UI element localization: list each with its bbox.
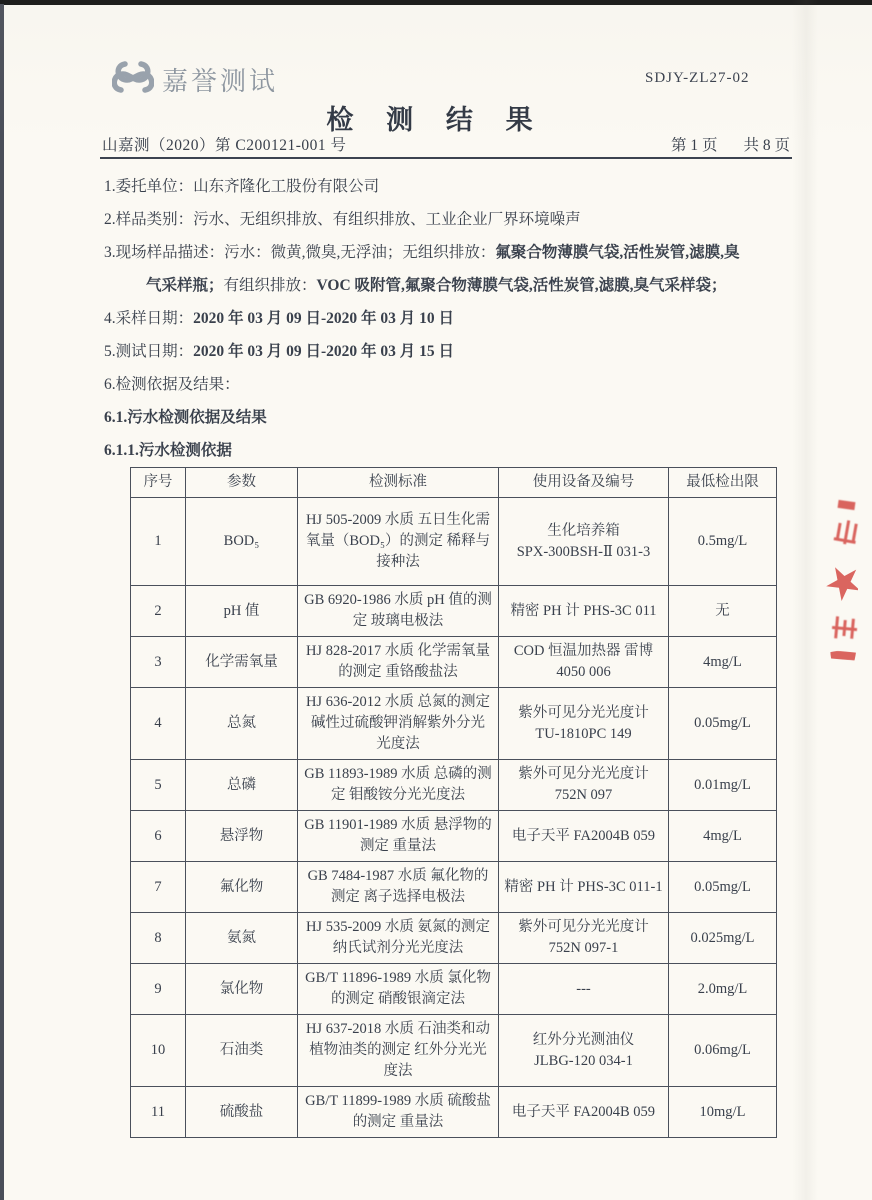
table-row: 5总磷GB 11893-1989 水质 总磷的测定 钼酸铵分光光度法紫外可见分光… [131, 760, 777, 811]
report-item-text: 6.1.1.污水检测依据 [104, 442, 232, 459]
detection-basis-table-wrap: 序号参数检测标准使用设备及编号最低检出限 1BOD₅HJ 505-2009 水质… [130, 467, 776, 1138]
table-row: 10石油类HJ 637-2018 水质 石油类和动植物油类的测定 红外分光光度法… [131, 1015, 777, 1087]
report-item-text: 氟聚合物薄膜气袋,活性炭管,滤膜,臭 [495, 244, 739, 261]
table-row: 9氯化物GB/T 11896-1989 水质 氯化物的测定 硝酸银滴定法---2… [131, 964, 777, 1015]
stamp-star-clip [824, 563, 858, 605]
company-brand: 嘉誉测试 [112, 58, 278, 100]
report-item-text: 3.现场样品描述：污水：微黄,微臭,无浮油；无组织排放： [104, 244, 495, 261]
table-cell-equipment: 电子天平 FA2004B 059 [499, 1087, 669, 1138]
table-cell-param: 总磷 [186, 760, 298, 811]
table-cell-param: 硫酸盐 [186, 1087, 298, 1138]
table-cell-no: 10 [131, 1015, 186, 1087]
report-items: 1.委托单位：山东齐隆化工股份有限公司2.样品类别：污水、无组织排放、有组织排放… [104, 170, 794, 467]
table-row: 3化学需氧量HJ 828-2017 水质 化学需氧量的测定 重铬酸盐法COD 恒… [131, 637, 777, 688]
table-cell-equipment: --- [499, 964, 669, 1015]
table-cell-limit: 4mg/L [669, 811, 777, 862]
table-cell-no: 7 [131, 862, 186, 913]
table-header-cell: 参数 [186, 468, 298, 498]
table-cell-limit: 0.025mg/L [669, 913, 777, 964]
stamp-fragment-bar [838, 500, 856, 510]
company-name: 嘉誉测试 [162, 61, 278, 98]
table-cell-limit: 0.06mg/L [669, 1015, 777, 1087]
table-cell-limit: 2.0mg/L [669, 964, 777, 1015]
page-current: 第 1 页 [671, 137, 718, 154]
report-item-line: 3.现场样品描述：污水：微黄,微臭,无浮油；无组织排放：氟聚合物薄膜气袋,活性炭… [104, 236, 794, 269]
table-cell-no: 1 [131, 498, 186, 586]
table-cell-standard: HJ 828-2017 水质 化学需氧量的测定 重铬酸盐法 [298, 637, 499, 688]
report-item-line: 6.1.1.污水检测依据 [104, 434, 794, 467]
detection-basis-table: 序号参数检测标准使用设备及编号最低检出限 1BOD₅HJ 505-2009 水质… [130, 467, 777, 1138]
document-code: SDJY-ZL27-02 [645, 70, 795, 87]
stamp-fragment-bar [830, 650, 856, 660]
table-cell-limit: 0.01mg/L [669, 760, 777, 811]
report-item-text: VOC 吸附管,氟聚合物薄膜气袋,活性炭管,滤膜,臭气采样袋； [317, 277, 727, 294]
table-cell-equipment: 紫外可见分光光度计 TU-1810PC 149 [499, 688, 669, 760]
page-indicator: 第 1 页共 8 页 [645, 133, 790, 155]
table-header-cell: 使用设备及编号 [499, 468, 669, 498]
table-cell-no: 3 [131, 637, 186, 688]
report-number: 山嘉测（2020）第 C200121-001 号 [102, 133, 347, 155]
scan-crease-shadow [792, 0, 818, 1200]
red-seal-stamp [820, 495, 868, 680]
table-cell-equipment: 紫外可见分光光度计 752N 097-1 [499, 913, 669, 964]
table-cell-standard: HJ 535-2009 水质 氨氮的测定 纳氏试剂分光光度法 [298, 913, 499, 964]
table-cell-standard: HJ 637-2018 水质 石油类和动植物油类的测定 红外分光光度法 [298, 1015, 499, 1087]
report-item-line: 2.样品类别：污水、无组织排放、有组织排放、工业企业厂界环境噪声 [104, 203, 794, 236]
table-cell-param: BOD₅ [186, 498, 298, 586]
report-item-text: 6.检测依据及结果： [104, 376, 240, 393]
table-cell-limit: 0.05mg/L [669, 688, 777, 760]
report-item-line: 6.1.污水检测依据及结果 [104, 401, 794, 434]
scan-edge-top [0, 0, 872, 5]
report-item-text: 5.测试日期： [104, 343, 193, 360]
table-cell-param: 氯化物 [186, 964, 298, 1015]
report-item-line: 6.检测依据及结果： [104, 368, 794, 401]
table-cell-param: 化学需氧量 [186, 637, 298, 688]
table-cell-no: 5 [131, 760, 186, 811]
report-item-text: 2.样品类别：污水、无组织排放、有组织排放、工业企业厂界环境噪声 [104, 211, 581, 228]
table-cell-equipment: 精密 PH 计 PHS-3C 011-1 [499, 862, 669, 913]
scan-edge-left [0, 4, 4, 1200]
table-cell-equipment: 生化培养箱 SPX-300BSH-Ⅱ 031-3 [499, 498, 669, 586]
table-cell-standard: GB/T 11896-1989 水质 氯化物的测定 硝酸银滴定法 [298, 964, 499, 1015]
table-cell-param: 总氮 [186, 688, 298, 760]
table-cell-limit: 0.5mg/L [669, 498, 777, 586]
table-cell-equipment: 精密 PH 计 PHS-3C 011 [499, 586, 669, 637]
table-cell-limit: 4mg/L [669, 637, 777, 688]
report-item-text: 气采样瓶； [146, 277, 224, 294]
table-cell-limit: 10mg/L [669, 1087, 777, 1138]
report-item-text: 1.委托单位：山东齐隆化工股份有限公司 [104, 178, 379, 195]
page-total: 共 8 页 [743, 137, 790, 154]
page-title: 检 测 结 果 [0, 98, 872, 137]
report-item-line: 气采样瓶；有组织排放：VOC 吸附管,氟聚合物薄膜气袋,活性炭管,滤膜,臭气采样… [104, 269, 794, 302]
table-cell-param: 氨氮 [186, 913, 298, 964]
table-cell-no: 2 [131, 586, 186, 637]
report-item-line: 4.采样日期：2020 年 03 月 09 日-2020 年 03 月 10 日 [104, 302, 794, 335]
table-cell-param: 氟化物 [186, 862, 298, 913]
table-row: 1BOD₅HJ 505-2009 水质 五日生化需氧量（BOD₅）的测定 稀释与… [131, 498, 777, 586]
report-item-line: 5.测试日期：2020 年 03 月 09 日-2020 年 03 月 15 日 [104, 335, 794, 368]
report-item-text: 有组织排放： [224, 277, 317, 294]
report-item-text: 6.1.污水检测依据及结果 [104, 409, 267, 426]
table-cell-no: 9 [131, 964, 186, 1015]
table-row: 6悬浮物GB 11901-1989 水质 悬浮物的测定 重量法电子天平 FA20… [131, 811, 777, 862]
report-item-text: 2020 年 03 月 09 日-2020 年 03 月 10 日 [193, 310, 454, 327]
table-cell-param: 悬浮物 [186, 811, 298, 862]
table-cell-no: 11 [131, 1087, 186, 1138]
table-header-cell: 最低检出限 [669, 468, 777, 498]
table-row: 11硫酸盐GB/T 11899-1989 水质 硫酸盐的测定 重量法电子天平 F… [131, 1087, 777, 1138]
table-cell-param: pH 值 [186, 586, 298, 637]
stamp-star-icon [824, 563, 858, 605]
scanned-report-page: { "page": { "doc_code": "SDJY-ZL27-02", … [0, 0, 872, 1200]
table-row: 7氟化物GB 7484-1987 水质 氟化物的测定 离子选择电极法精密 PH … [131, 862, 777, 913]
table-cell-no: 4 [131, 688, 186, 760]
table-row: 8氨氮HJ 535-2009 水质 氨氮的测定 纳氏试剂分光光度法紫外可见分光光… [131, 913, 777, 964]
table-header-cell: 检测标准 [298, 468, 499, 498]
table-cell-limit: 0.05mg/L [669, 862, 777, 913]
table-cell-equipment: 红外分光测油仪 JLBG-120 034-1 [499, 1015, 669, 1087]
stamp-fragment-glyph [829, 616, 859, 642]
table-cell-equipment: 紫外可见分光光度计 752N 097 [499, 760, 669, 811]
table-cell-no: 8 [131, 913, 186, 964]
table-cell-standard: GB 7484-1987 水质 氟化物的测定 离子选择电极法 [298, 862, 499, 913]
table-cell-no: 6 [131, 811, 186, 862]
table-cell-standard: HJ 505-2009 水质 五日生化需氧量（BOD₅）的测定 稀释与接种法 [298, 498, 499, 586]
table-cell-standard: GB 11901-1989 水质 悬浮物的测定 重量法 [298, 811, 499, 862]
table-cell-equipment: COD 恒温加热器 雷博 4050 006 [499, 637, 669, 688]
table-header-row: 序号参数检测标准使用设备及编号最低检出限 [131, 468, 777, 498]
table-row: 2pH 值GB 6920-1986 水质 pH 值的测定 玻璃电极法精密 PH … [131, 586, 777, 637]
report-item-line: 1.委托单位：山东齐隆化工股份有限公司 [104, 170, 794, 203]
table-cell-param: 石油类 [186, 1015, 298, 1087]
table-row: 4总氮HJ 636-2012 水质 总氮的测定 碱性过硫酸钾消解紫外分光光度法紫… [131, 688, 777, 760]
table-cell-standard: GB 6920-1986 水质 pH 值的测定 玻璃电极法 [298, 586, 499, 637]
table-cell-standard: GB 11893-1989 水质 总磷的测定 钼酸铵分光光度法 [298, 760, 499, 811]
report-number-line: 山嘉测（2020）第 C200121-001 号 第 1 页共 8 页 [100, 133, 792, 159]
report-item-text: 4.采样日期： [104, 310, 193, 327]
jiayu-logo-icon [112, 58, 154, 100]
table-cell-limit: 无 [669, 586, 777, 637]
table-header-cell: 序号 [131, 468, 186, 498]
report-item-text: 2020 年 03 月 09 日-2020 年 03 月 15 日 [193, 343, 454, 360]
table-cell-standard: GB/T 11899-1989 水质 硫酸盐的测定 重量法 [298, 1087, 499, 1138]
stamp-fragment-glyph [829, 518, 861, 548]
table-cell-standard: HJ 636-2012 水质 总氮的测定 碱性过硫酸钾消解紫外分光光度法 [298, 688, 499, 760]
table-cell-equipment: 电子天平 FA2004B 059 [499, 811, 669, 862]
